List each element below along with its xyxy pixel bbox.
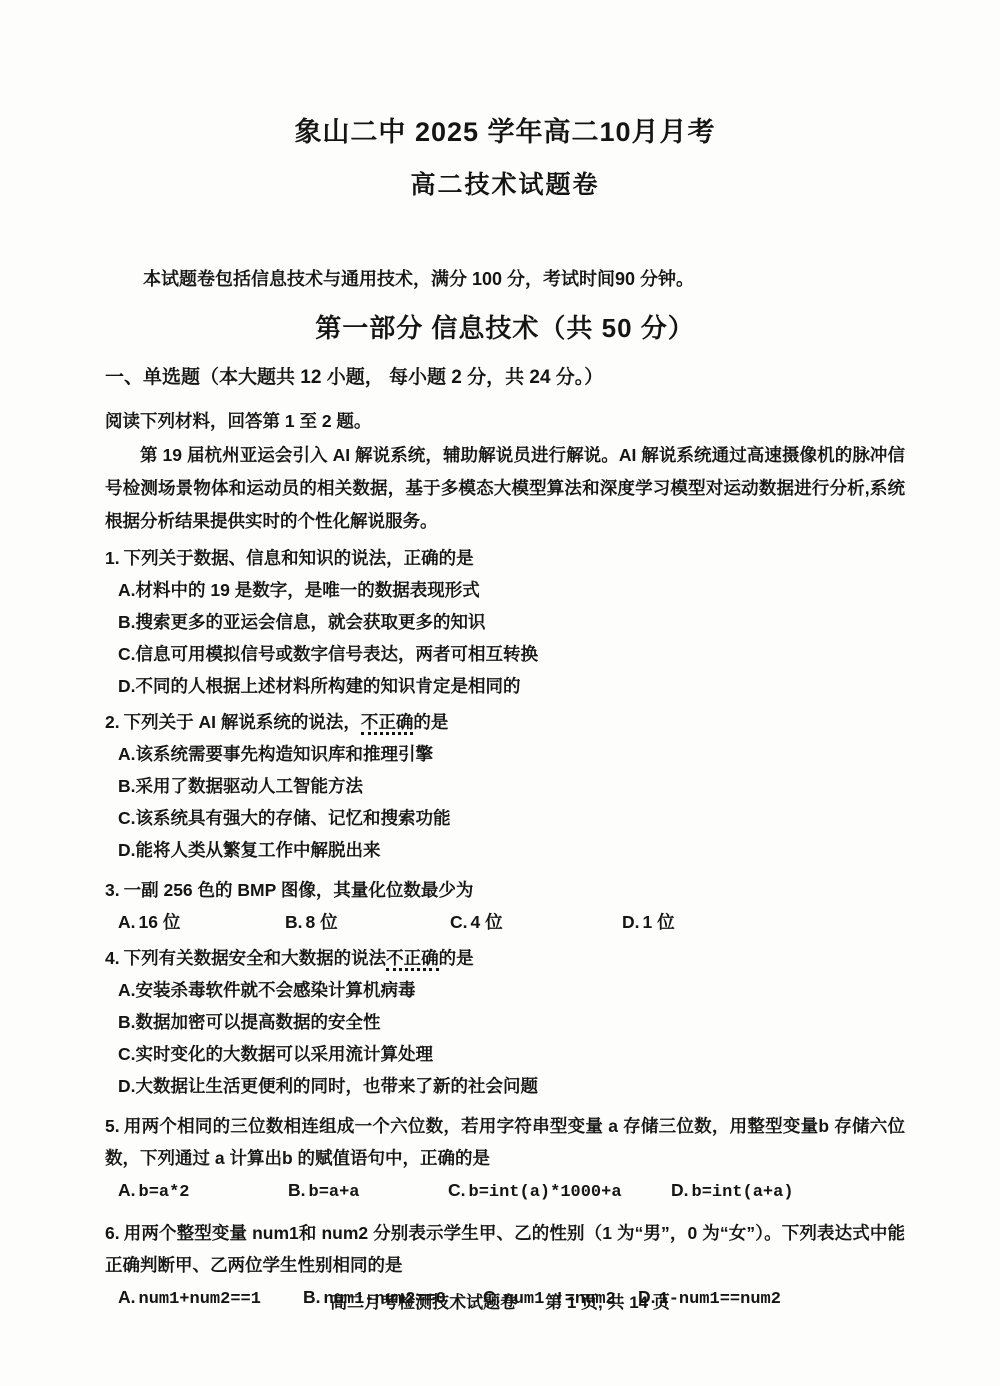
- question-1: 1.下列关于数据、信息和知识的说法，正确的是 A.材料中的 19 是数字，是唯一…: [105, 542, 905, 702]
- option-c: C.该系统具有强大的存储、记忆和搜索功能: [118, 802, 905, 834]
- question-1-stem: 1.下列关于数据、信息和知识的说法，正确的是: [105, 542, 905, 574]
- question-3: 3.一副 256 色的 BMP 图像，其量化位数最少为 A.16 位 B.8 位…: [105, 874, 905, 938]
- option-c: C.实时变化的大数据可以采用流计算处理: [118, 1038, 905, 1070]
- option-c: C.信息可用模拟信号或数字信号表达，两者可相互转换: [118, 638, 905, 670]
- footer-page-number: 第 1 页, 共 14 页: [545, 1293, 670, 1312]
- option-c: C.b=int(a)*1000+a: [448, 1174, 671, 1209]
- question-4: 4.下列有关数据安全和大数据的说法不正确的是 A.安装杀毒软件就不会感染计算机病…: [105, 942, 905, 1102]
- option-c: C.4 位: [450, 906, 622, 938]
- option-b: B.b=a+a: [288, 1174, 448, 1209]
- part-heading: 第一部分 信息技术（共 50 分）: [105, 309, 905, 347]
- question-5-options: A.b=a*2 B.b=a+a C.b=int(a)*1000+a D.b=in…: [118, 1174, 905, 1209]
- question-6-stem: 6.用两个整型变量 num1和 num2 分别表示学生甲、乙的性别（1 为“男”…: [105, 1217, 905, 1281]
- question-4-stem: 4.下列有关数据安全和大数据的说法不正确的是: [105, 942, 905, 974]
- option-d: D.不同的人根据上述材料所构建的知识肯定是相同的: [118, 670, 905, 702]
- question-number: 1.: [105, 548, 120, 568]
- exam-page: 象山二中 2025 学年高二10月月考 高二技术试题卷 本试题卷包括信息技术与通…: [0, 0, 1000, 1386]
- question-number: 4.: [105, 948, 120, 968]
- option-a: A.该系统需要事先构造知识库和推理引擎: [118, 738, 905, 770]
- option-d: D.b=int(a+a): [671, 1174, 794, 1209]
- option-b: B.数据加密可以提高数据的安全性: [118, 1006, 905, 1038]
- exam-subtitle: 高二技术试题卷: [105, 166, 905, 204]
- option-d: D.1 位: [622, 906, 675, 938]
- exam-title: 象山二中 2025 学年高二10月月考: [105, 112, 905, 152]
- question-5: 5.用两个相同的三位数相连组成一个六位数，若用字符串型变量 a 存储三位数，用整…: [105, 1110, 905, 1209]
- question-number: 6.: [105, 1223, 120, 1243]
- section-heading: 一、单选题（本大题共 12 小题， 每小题 2 分，共 24 分。）: [105, 363, 905, 393]
- question-number: 5.: [105, 1116, 120, 1136]
- page-footer: 高二月考检测技术试题卷第 1 页, 共 14 页: [0, 1288, 1000, 1313]
- question-5-stem: 5.用两个相同的三位数相连组成一个六位数，若用字符串型变量 a 存储三位数，用整…: [105, 1110, 905, 1174]
- question-2: 2.下列关于 AI 解说系统的说法，不正确的是 A.该系统需要事先构造知识库和推…: [105, 706, 905, 866]
- question-2-stem: 2.下列关于 AI 解说系统的说法，不正确的是: [105, 706, 905, 738]
- option-a: A.安装杀毒软件就不会感染计算机病毒: [118, 974, 905, 1006]
- option-d: D.能将人类从繁复工作中解脱出来: [118, 834, 905, 866]
- question-number: 3.: [105, 880, 120, 900]
- emphasized-text: 不正确: [386, 948, 439, 971]
- intro-note: 本试题卷包括信息技术与通用技术，满分 100 分，考试时间90 分钟。: [105, 266, 905, 292]
- option-d: D.大数据让生活更便利的同时，也带来了新的社会问题: [118, 1070, 905, 1102]
- material-paragraph: 第 19 届杭州亚运会引入 AI 解说系统，辅助解说员进行解说。AI 解说系统通…: [105, 439, 905, 538]
- question-3-stem: 3.一副 256 色的 BMP 图像，其量化位数最少为: [105, 874, 905, 906]
- question-number: 2.: [105, 712, 120, 732]
- option-a: A.b=a*2: [118, 1174, 288, 1209]
- option-a: A.16 位: [118, 906, 285, 938]
- option-b: B.采用了数据驱动人工智能方法: [118, 770, 905, 802]
- footer-title: 高二月考检测技术试题卷: [330, 1293, 517, 1312]
- question-3-options: A.16 位 B.8 位 C.4 位 D.1 位: [118, 906, 905, 938]
- option-a: A.材料中的 19 是数字，是唯一的数据表现形式: [118, 574, 905, 606]
- reading-prompt: 阅读下列材料，回答第 1 至 2 题。: [105, 408, 905, 434]
- option-b: B.8 位: [285, 906, 450, 938]
- emphasized-text: 不正确: [361, 712, 414, 735]
- option-b: B.搜索更多的亚运会信息，就会获取更多的知识: [118, 606, 905, 638]
